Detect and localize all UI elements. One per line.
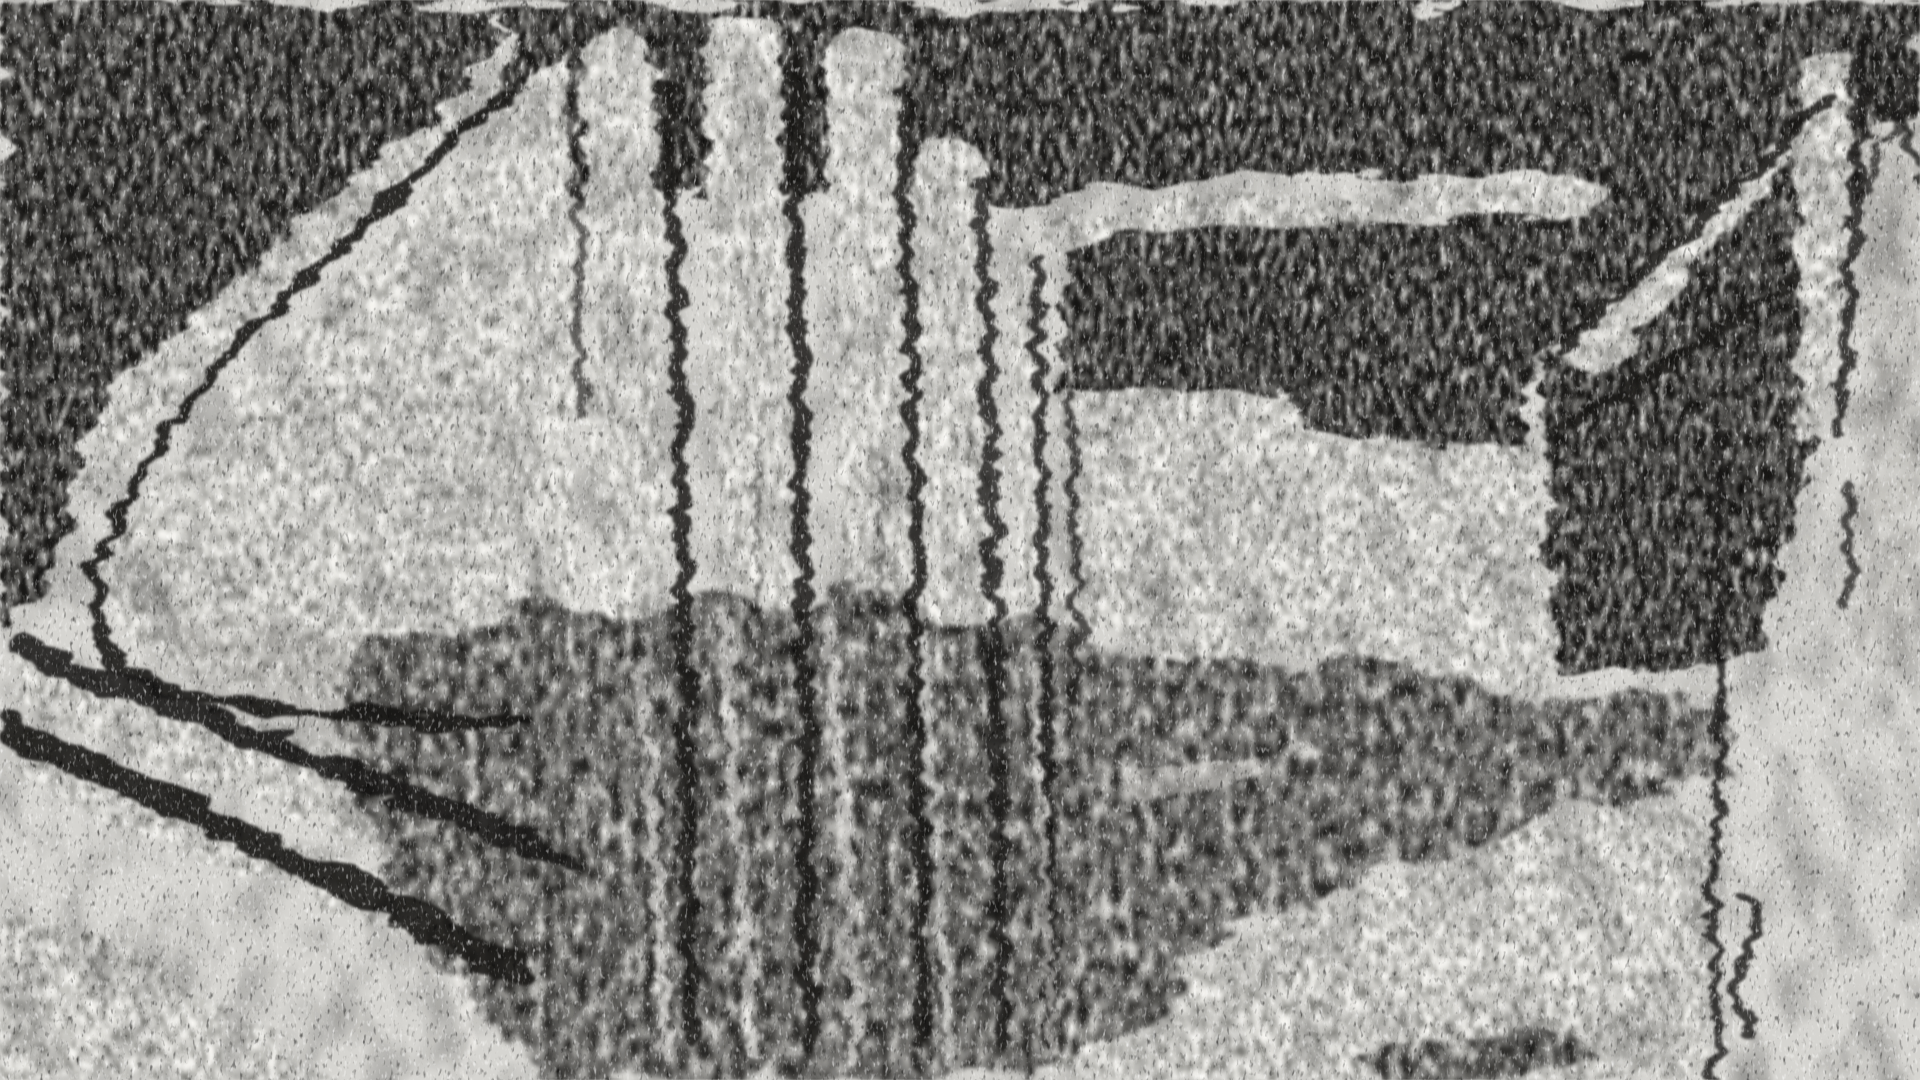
gap-line-1 [573, 95, 580, 420]
shadow-pocket [1360, 1038, 1580, 1080]
background-top-right [1040, 0, 1558, 198]
photo-canvas [0, 0, 1920, 1080]
halftone-photograph: Extremely grainy black-and-white halfton… [0, 0, 1920, 1080]
